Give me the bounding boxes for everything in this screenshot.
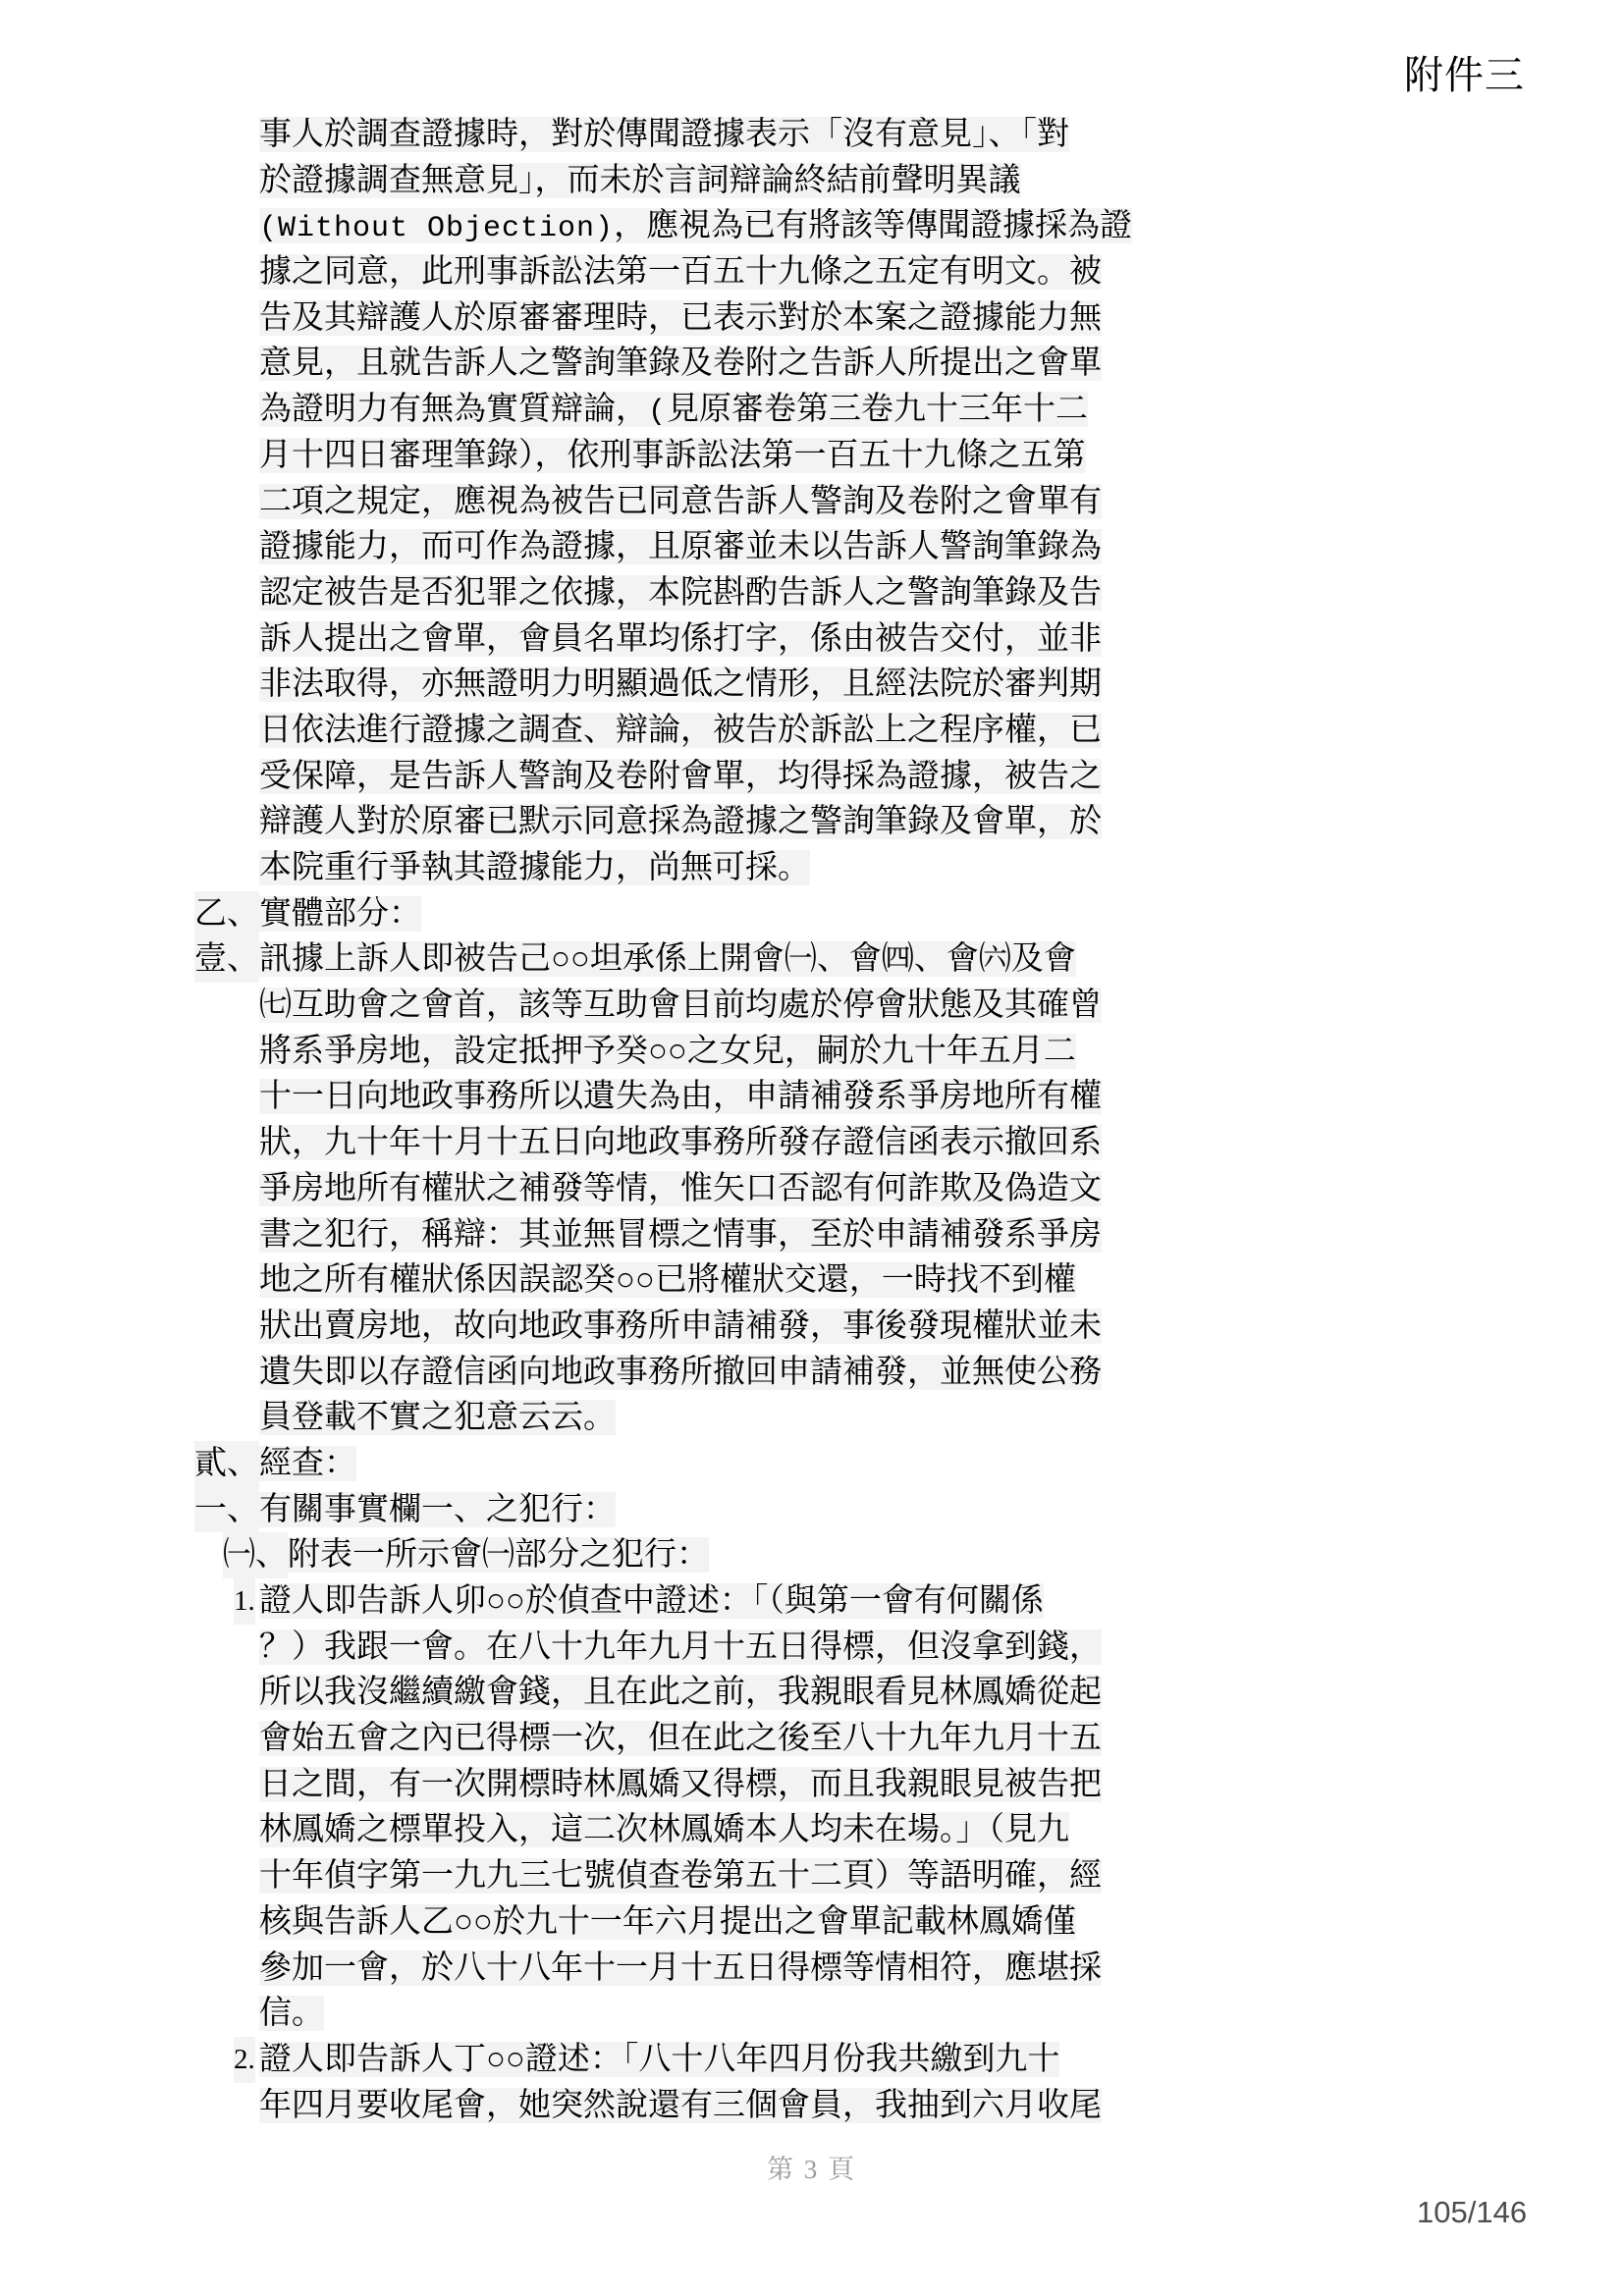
line-text: 於證據調查無意見」，而未於言詞辯論終結前聲明異議 [259, 163, 1021, 198]
text-line: 受保障，是告訴人警詢及卷附會單，均得採為證據，被告之 [259, 754, 1623, 800]
text-line: 事人於調查證據時，對於傳聞證據表示「沒有意見」、「對 [259, 112, 1623, 158]
line-text: 為證明力有無為實質辯論，(見原審卷第三卷九十三年十二 [259, 392, 1088, 427]
page-counter: 105/146 [1417, 2195, 1527, 2230]
line-text: 會始五會之內已得標一次，但在此之後至八十九年九月十五 [259, 1721, 1102, 1756]
line-text: 受保障，是告訴人警詢及卷附會單，均得採為證據，被告之 [259, 759, 1102, 794]
text-line: 將系爭房地，設定抵押予癸○○之女兒，嗣於九十年五月二 [259, 1029, 1623, 1075]
line-text: 遺失即以存證信函向地政事務所撤回申請補發，並無使公務 [259, 1355, 1102, 1390]
text-line: 信。 [259, 1991, 1623, 2037]
line-text: ㈦互助會之會首，該等互助會目前均處於停會狀態及其確曾 [259, 988, 1102, 1023]
line-text: 月十四日審理筆錄），依刑事訴訟法第一百五十九條之五第 [259, 438, 1086, 473]
text-line: (Without Objection)，應視為已有將該等傳聞證據採為證 [259, 203, 1623, 249]
text-line: 爭房地所有權狀之補發等情，惟矢口否認有何詐欺及偽造文 [259, 1166, 1623, 1212]
line-text: 事人於調查證據時，對於傳聞證據表示「沒有意見」、「對 [259, 117, 1069, 152]
line-text: 實體部分： [259, 896, 421, 932]
text-line: 參加一會，於八十八年十一月十五日得標等情相符，應堪採 [259, 1946, 1623, 1992]
line-text: 員登載不實之犯意云云。 [259, 1400, 616, 1435]
line-text: 年四月要收尾會，她突然說還有三個會員，我抽到六月收尾 [259, 2088, 1102, 2123]
line-text: 書之犯行，稱辯：其並無冒標之情事，至於申請補發系爭房 [259, 1217, 1102, 1253]
text-line: 月十四日審理筆錄），依刑事訴訟法第一百五十九條之五第 [259, 433, 1623, 479]
line-text: 狀，九十年十月十五日向地政事務所發存證信函表示撤回系 [259, 1125, 1102, 1160]
text-line: 會始五會之內已得標一次，但在此之後至八十九年九月十五 [259, 1716, 1623, 1762]
line-text: 地之所有權狀係因誤認癸○○已將權狀交還，一時找不到權 [259, 1262, 1076, 1298]
text-line: 2.證人即告訴人丁○○證述：「八十八年四月份我共繳到九十 [259, 2037, 1623, 2083]
text-line: 日依法進行證據之調查、辯論，被告於訴訟上之程序權，已 [259, 708, 1623, 754]
text-line: 核與告訴人乙○○於九十一年六月提出之會單記載林鳳嬌僅 [259, 1899, 1623, 1946]
text-line: 本院重行爭執其證據能力，尚無可採。 [259, 845, 1623, 891]
text-line: 壹、訊據上訴人即被告己○○坦承係上開會㈠、會㈣、會㈥及會 [259, 936, 1623, 983]
text-line: 為證明力有無為實質辯論，(見原審卷第三卷九十三年十二 [259, 387, 1623, 433]
document-body: 事人於調查證據時，對於傳聞證據表示「沒有意見」、「對於證據調查無意見」，而未於言… [0, 112, 1623, 2128]
latin-text: (Without Objection) [259, 212, 614, 245]
text-line: 林鳳嬌之標單投入，這二次林鳳嬌本人均未在場。」（見九 [259, 1807, 1623, 1853]
line-text: (Without Objection)，應視為已有將該等傳聞證據採為證 [259, 208, 1132, 243]
text-line: ㈠、附表一所示會㈠部分之犯行： [288, 1532, 1623, 1578]
line-text: 證人即告訴人丁○○證述：「八十八年四月份我共繳到九十 [259, 2042, 1059, 2077]
text-line: 證據能力，而可作為證據，且原審並未以告訴人警詢筆錄為 [259, 524, 1623, 570]
line-text: 參加一會，於八十八年十一月十五日得標等情相符，應堪採 [259, 1950, 1102, 1986]
line-text: 日依法進行證據之調查、辯論，被告於訴訟上之程序權，已 [259, 713, 1102, 748]
list-label: 2. [234, 2037, 255, 2083]
text-line: 年四月要收尾會，她突然說還有三個會員，我抽到六月收尾 [259, 2083, 1623, 2129]
text-line: 二項之規定，應視為被告已同意告訴人警詢及卷附之會單有 [259, 479, 1623, 525]
line-text: 意見，且就告訴人之警詢筆錄及卷附之告訴人所提出之會單 [259, 346, 1102, 381]
latin-text: ( [648, 396, 667, 429]
text-line: 遺失即以存證信函向地政事務所撤回申請補發，並無使公務 [259, 1350, 1623, 1396]
text-line: 日之間，有一次開標時林鳳嬌又得標，而且我親眼見被告把 [259, 1762, 1623, 1808]
attachment-label: 附件三 [1404, 53, 1525, 98]
page-number-footer: 第 3 頁 [0, 2148, 1623, 2186]
list-label: 壹、 [194, 936, 259, 983]
text-line: ㈦互助會之會首，該等互助會目前均處於停會狀態及其確曾 [259, 983, 1623, 1029]
line-text: 認定被告是否犯罪之依據，本院斟酌告訴人之警詢筆錄及告 [259, 575, 1102, 611]
line-text: 信。 [259, 1996, 324, 2031]
list-label: ㈠、 [223, 1532, 288, 1578]
line-text: 本院重行爭執其證據能力，尚無可採。 [259, 850, 810, 885]
text-line: 地之所有權狀係因誤認癸○○已將權狀交還，一時找不到權 [259, 1257, 1623, 1304]
line-text: 附表一所示會㈠部分之犯行： [288, 1537, 709, 1573]
line-text: 十年偵字第一九九三七號偵查卷第五十二頁）等語明確，經 [259, 1858, 1102, 1894]
line-text: 將系爭房地，設定抵押予癸○○之女兒，嗣於九十年五月二 [259, 1034, 1076, 1069]
line-text: 十一日向地政事務所以遺失為由，申請補發系爭房地所有權 [259, 1079, 1102, 1114]
line-text: 林鳳嬌之標單投入，這二次林鳳嬌本人均未在場。」（見九 [259, 1812, 1069, 1847]
text-line: 1.證人即告訴人卯○○於偵查中證述：「（與第一會有何關係 [259, 1578, 1623, 1625]
line-text: 告及其辯護人於原審審理時，已表示對於本案之證據能力無 [259, 300, 1102, 336]
line-text: 非法取得，亦無證明力明顯過低之情形，且經法院於審判期 [259, 667, 1102, 702]
line-text: 二項之規定，應視為被告已同意告訴人警詢及卷附之會單有 [259, 484, 1102, 519]
text-line: 告及其辯護人於原審審理時，已表示對於本案之證據能力無 [259, 295, 1623, 342]
line-text: 有關事實欄一、之犯行： [259, 1492, 616, 1527]
line-text: 日之間，有一次開標時林鳳嬌又得標，而且我親眼見被告把 [259, 1767, 1102, 1802]
line-text: 據之同意，此刑事訴訟法第一百五十九條之五定有明文。被 [259, 254, 1102, 290]
text-line: 員登載不實之犯意云云。 [259, 1395, 1623, 1441]
line-text: 經查： [259, 1446, 356, 1481]
text-line: 辯護人對於原審已默示同意採為證據之警詢筆錄及會單，於 [259, 799, 1623, 845]
line-text: 爭房地所有權狀之補發等情，惟矢口否認有何詐欺及偽造文 [259, 1171, 1102, 1206]
text-line: 十年偵字第一九九三七號偵查卷第五十二頁）等語明確，經 [259, 1853, 1623, 1899]
list-label: 一、 [194, 1487, 259, 1533]
line-text: 訴人提出之會單，會員名單均係打字，係由被告交付，並非 [259, 621, 1102, 657]
text-line: 十一日向地政事務所以遺失為由，申請補發系爭房地所有權 [259, 1074, 1623, 1120]
document-page: 附件三 事人於調查證據時，對於傳聞證據表示「沒有意見」、「對於證據調查無意見」，… [0, 0, 1623, 2296]
line-text: 核與告訴人乙○○於九十一年六月提出之會單記載林鳳嬌僅 [259, 1904, 1076, 1940]
text-line: 訴人提出之會單，會員名單均係打字，係由被告交付，並非 [259, 616, 1623, 663]
text-line: 據之同意，此刑事訴訟法第一百五十九條之五定有明文。被 [259, 249, 1623, 295]
text-line: 書之犯行，稱辯：其並無冒標之情事，至於申請補發系爭房 [259, 1212, 1623, 1258]
line-text: 所以我沒繼續繳會錢，且在此之前，我親眼看見林鳳嬌從起 [259, 1675, 1102, 1710]
text-line: 非法取得，亦無證明力明顯過低之情形，且經法院於審判期 [259, 662, 1623, 708]
line-text: 辯護人對於原審已默示同意採為證據之警詢筆錄及會單，於 [259, 804, 1102, 839]
text-line: 一、有關事實欄一、之犯行： [259, 1487, 1623, 1533]
text-line: 貳、經查： [259, 1441, 1623, 1487]
list-label: 1. [234, 1578, 255, 1625]
text-line: 認定被告是否犯罪之依據，本院斟酌告訴人之警詢筆錄及告 [259, 570, 1623, 616]
line-text: 訊據上訴人即被告己○○坦承係上開會㈠、會㈣、會㈥及會 [259, 941, 1076, 977]
text-line: 所以我沒繼續繳會錢，且在此之前，我親眼看見林鳳嬌從起 [259, 1670, 1623, 1716]
list-label: 貳、 [194, 1441, 259, 1487]
text-line: 乙、實體部分： [259, 891, 1623, 937]
line-text: ？）我跟一會。在八十九年九月十五日得標，但沒拿到錢， [259, 1629, 1102, 1665]
text-line: 於證據調查無意見」，而未於言詞辯論終結前聲明異議 [259, 158, 1623, 204]
text-line: ？）我跟一會。在八十九年九月十五日得標，但沒拿到錢， [259, 1625, 1623, 1671]
text-line: 意見，且就告訴人之警詢筆錄及卷附之告訴人所提出之會單 [259, 341, 1623, 387]
line-text: 證人即告訴人卯○○於偵查中證述：「（與第一會有何關係 [259, 1583, 1044, 1619]
line-text: 狀出賣房地，故向地政事務所申請補發，事後發現權狀並未 [259, 1308, 1102, 1344]
line-text: 證據能力，而可作為證據，且原審並未以告訴人警詢筆錄為 [259, 529, 1102, 564]
text-line: 狀，九十年十月十五日向地政事務所發存證信函表示撤回系 [259, 1120, 1623, 1166]
text-line: 狀出賣房地，故向地政事務所申請補發，事後發現權狀並未 [259, 1304, 1623, 1350]
list-label: 乙、 [194, 891, 259, 937]
